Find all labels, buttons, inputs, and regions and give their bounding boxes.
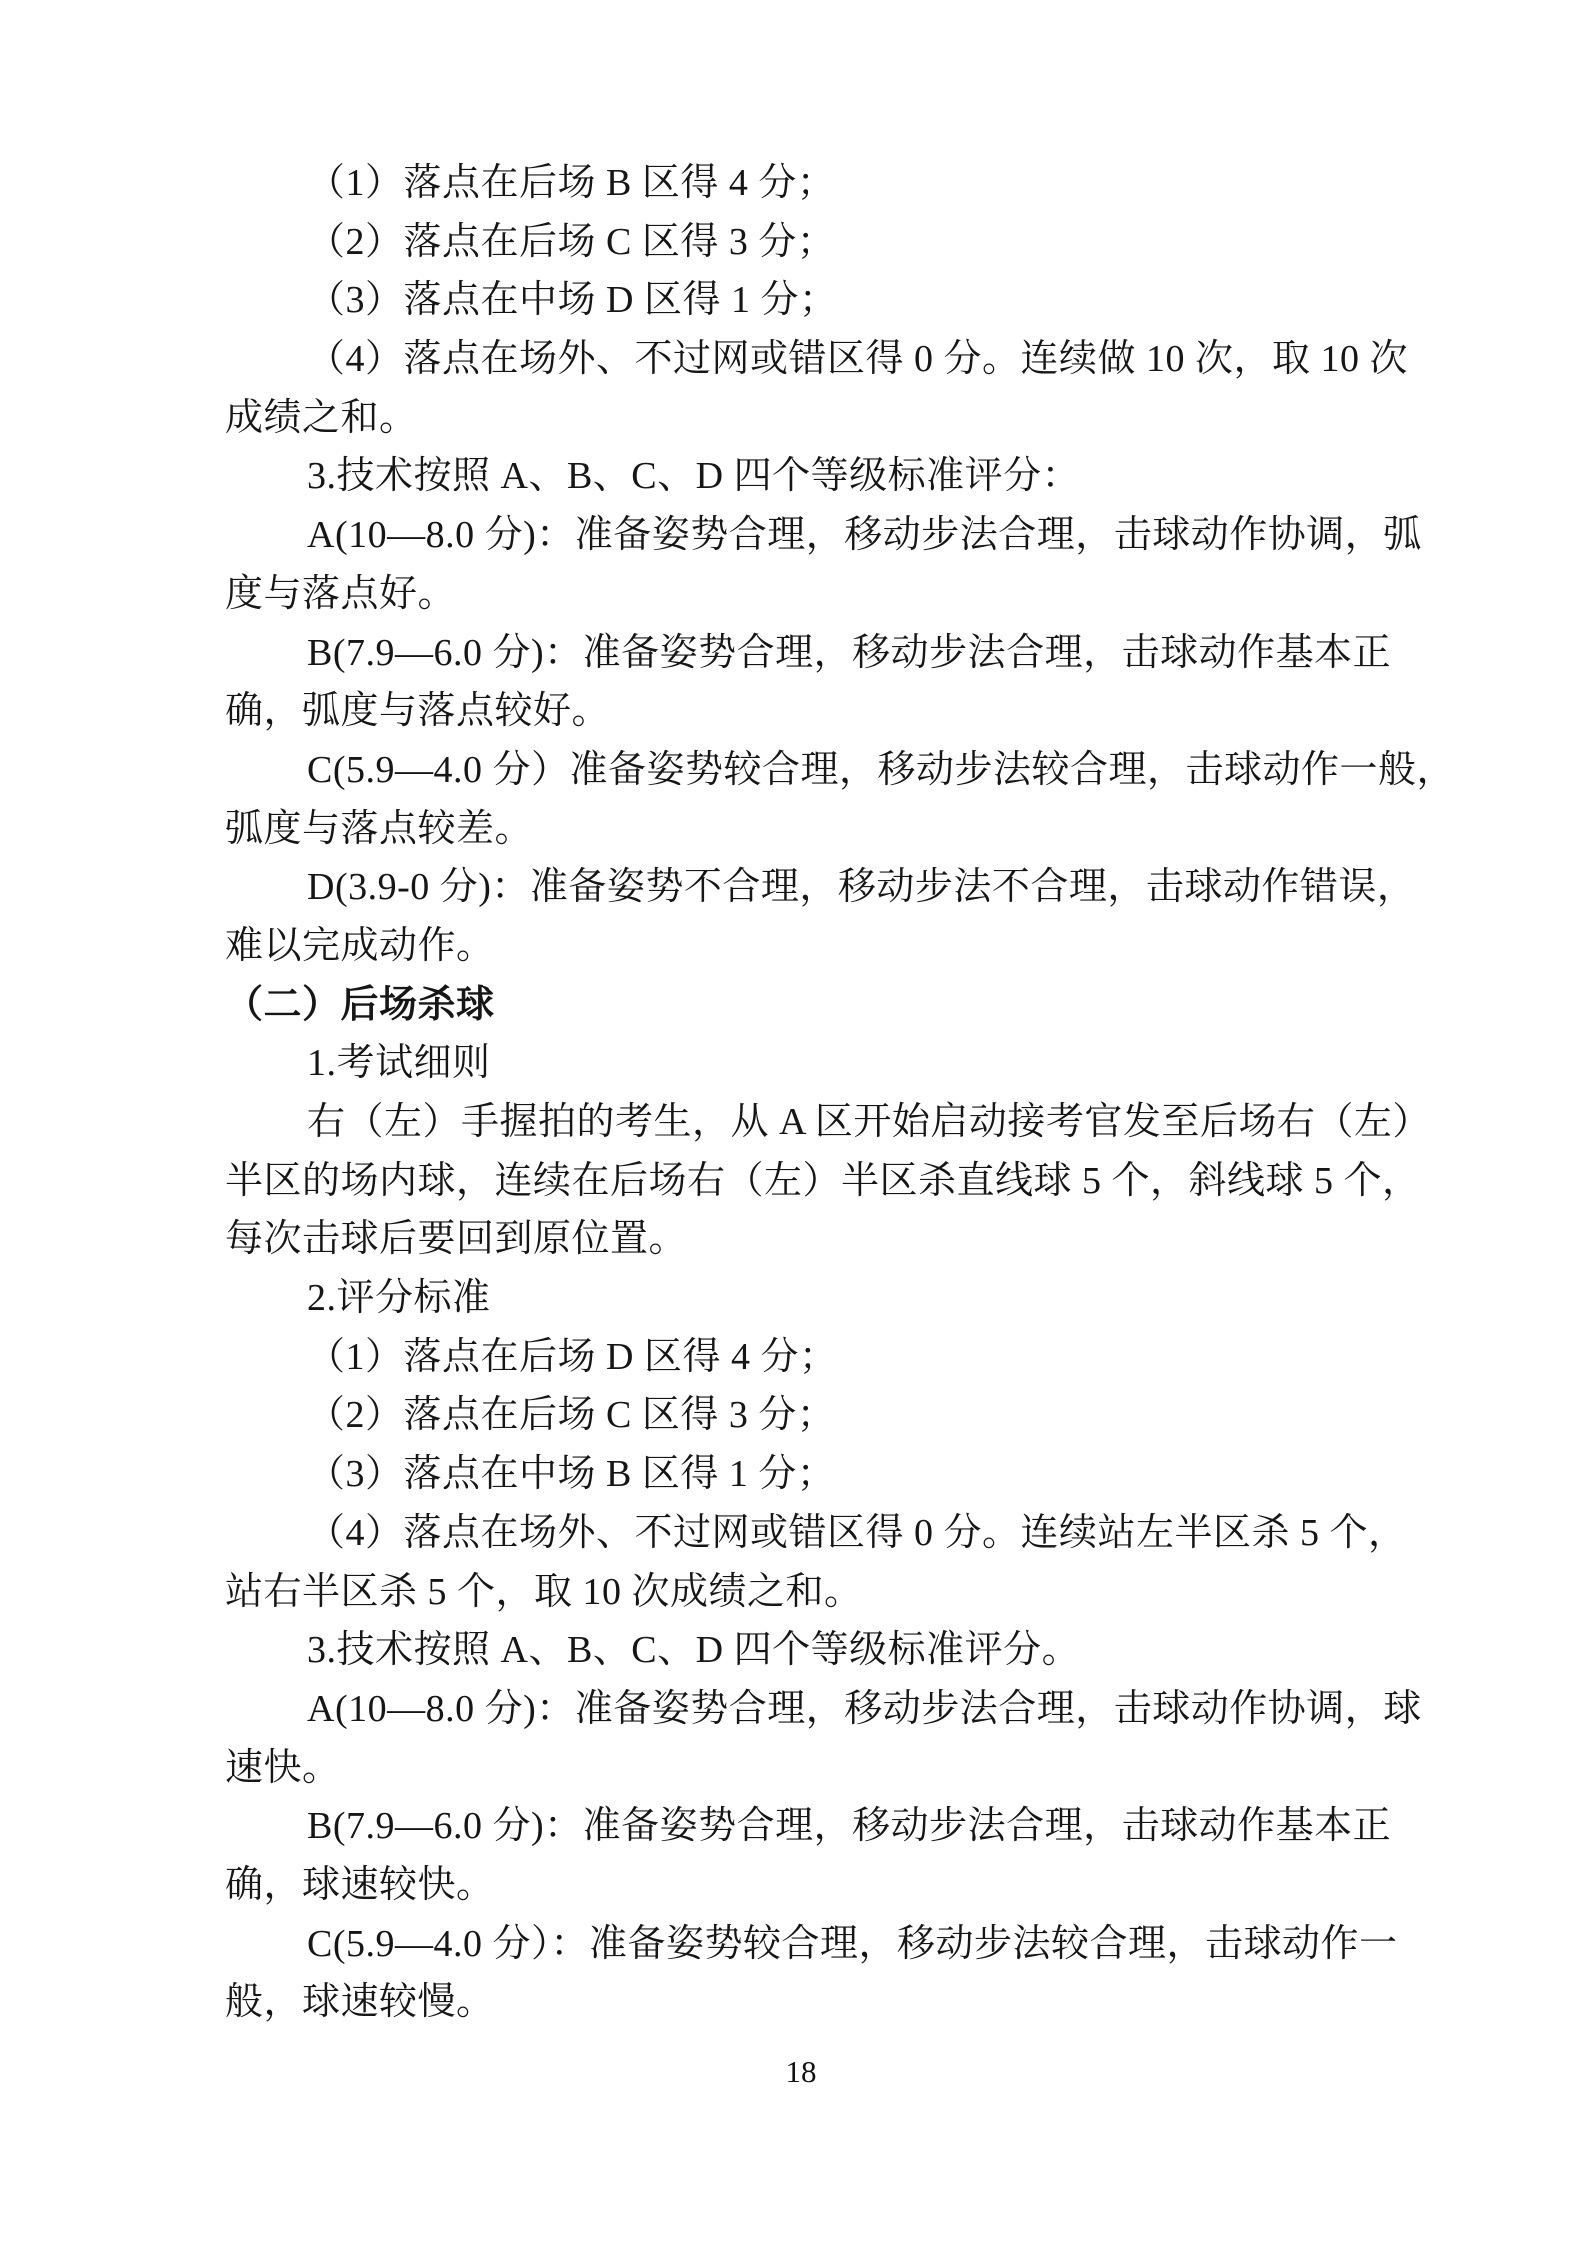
text-line: 3.技术按照 A、B、C、D 四个等级标准评分。 (225, 1621, 1377, 1680)
text-line: B(7.9—6.0 分)：准备姿势合理，移动步法合理，击球动作基本正 (225, 1797, 1377, 1856)
text-line: 难以完成动作。 (225, 917, 1377, 976)
text-line: 速快。 (225, 1739, 1377, 1798)
document-page: （1）落点在后场 B 区得 4 分； （2）落点在后场 C 区得 3 分； （3… (0, 0, 1587, 2245)
text-line: （2）落点在后场 C 区得 3 分； (225, 1386, 1377, 1445)
text-line: C(5.9—4.0 分）：准备姿势较合理，移动步法较合理，击球动作一 (225, 1915, 1377, 1974)
text-line: 度与落点好。 (225, 565, 1377, 624)
section-heading: （二）后场杀球 (225, 976, 1377, 1035)
text-line: 弧度与落点较差。 (225, 800, 1377, 859)
text-line: 般，球速较慢。 (225, 1973, 1377, 2032)
text-line: 3.技术按照 A、B、C、D 四个等级标准评分： (225, 447, 1377, 506)
text-line: 确，球速较快。 (225, 1856, 1377, 1915)
document-body: （1）落点在后场 B 区得 4 分； （2）落点在后场 C 区得 3 分； （3… (225, 154, 1377, 2032)
text-line: （3）落点在中场 D 区得 1 分； (225, 271, 1377, 330)
text-line: A(10—8.0 分)：准备姿势合理，移动步法合理，击球动作协调，球 (225, 1680, 1377, 1739)
text-line: 右（左）手握拍的考生，从 A 区开始启动接考官发至后场右（左） (225, 1093, 1377, 1152)
text-line: （2）落点在后场 C 区得 3 分； (225, 213, 1377, 272)
text-line: （4）落点在场外、不过网或错区得 0 分。连续站左半区杀 5 个， (225, 1504, 1377, 1563)
text-line: （3）落点在中场 B 区得 1 分； (225, 1445, 1377, 1504)
text-line: D(3.9-0 分)：准备姿势不合理，移动步法不合理，击球动作错误， (225, 858, 1377, 917)
text-line: C(5.9—4.0 分）准备姿势较合理，移动步法较合理，击球动作一般， (225, 741, 1377, 800)
text-line: 2.评分标准 (225, 1269, 1377, 1328)
text-line: 1.考试细则 (225, 1034, 1377, 1093)
text-line: （1）落点在后场 D 区得 4 分； (225, 1328, 1377, 1387)
page-number: 18 (225, 2052, 1377, 2092)
text-line: 每次击球后要回到原位置。 (225, 1210, 1377, 1269)
text-line: B(7.9—6.0 分)：准备姿势合理，移动步法合理，击球动作基本正 (225, 624, 1377, 683)
text-line: 站右半区杀 5 个，取 10 次成绩之和。 (225, 1563, 1377, 1622)
text-line: A(10—8.0 分)：准备姿势合理，移动步法合理，击球动作协调，弧 (225, 506, 1377, 565)
text-line: 确，弧度与落点较好。 (225, 682, 1377, 741)
text-line: （4）落点在场外、不过网或错区得 0 分。连续做 10 次，取 10 次 (225, 330, 1377, 389)
text-line: 成绩之和。 (225, 389, 1377, 448)
text-line: 半区的场内球，连续在后场右（左）半区杀直线球 5 个，斜线球 5 个， (225, 1152, 1377, 1211)
text-line: （1）落点在后场 B 区得 4 分； (225, 154, 1377, 213)
